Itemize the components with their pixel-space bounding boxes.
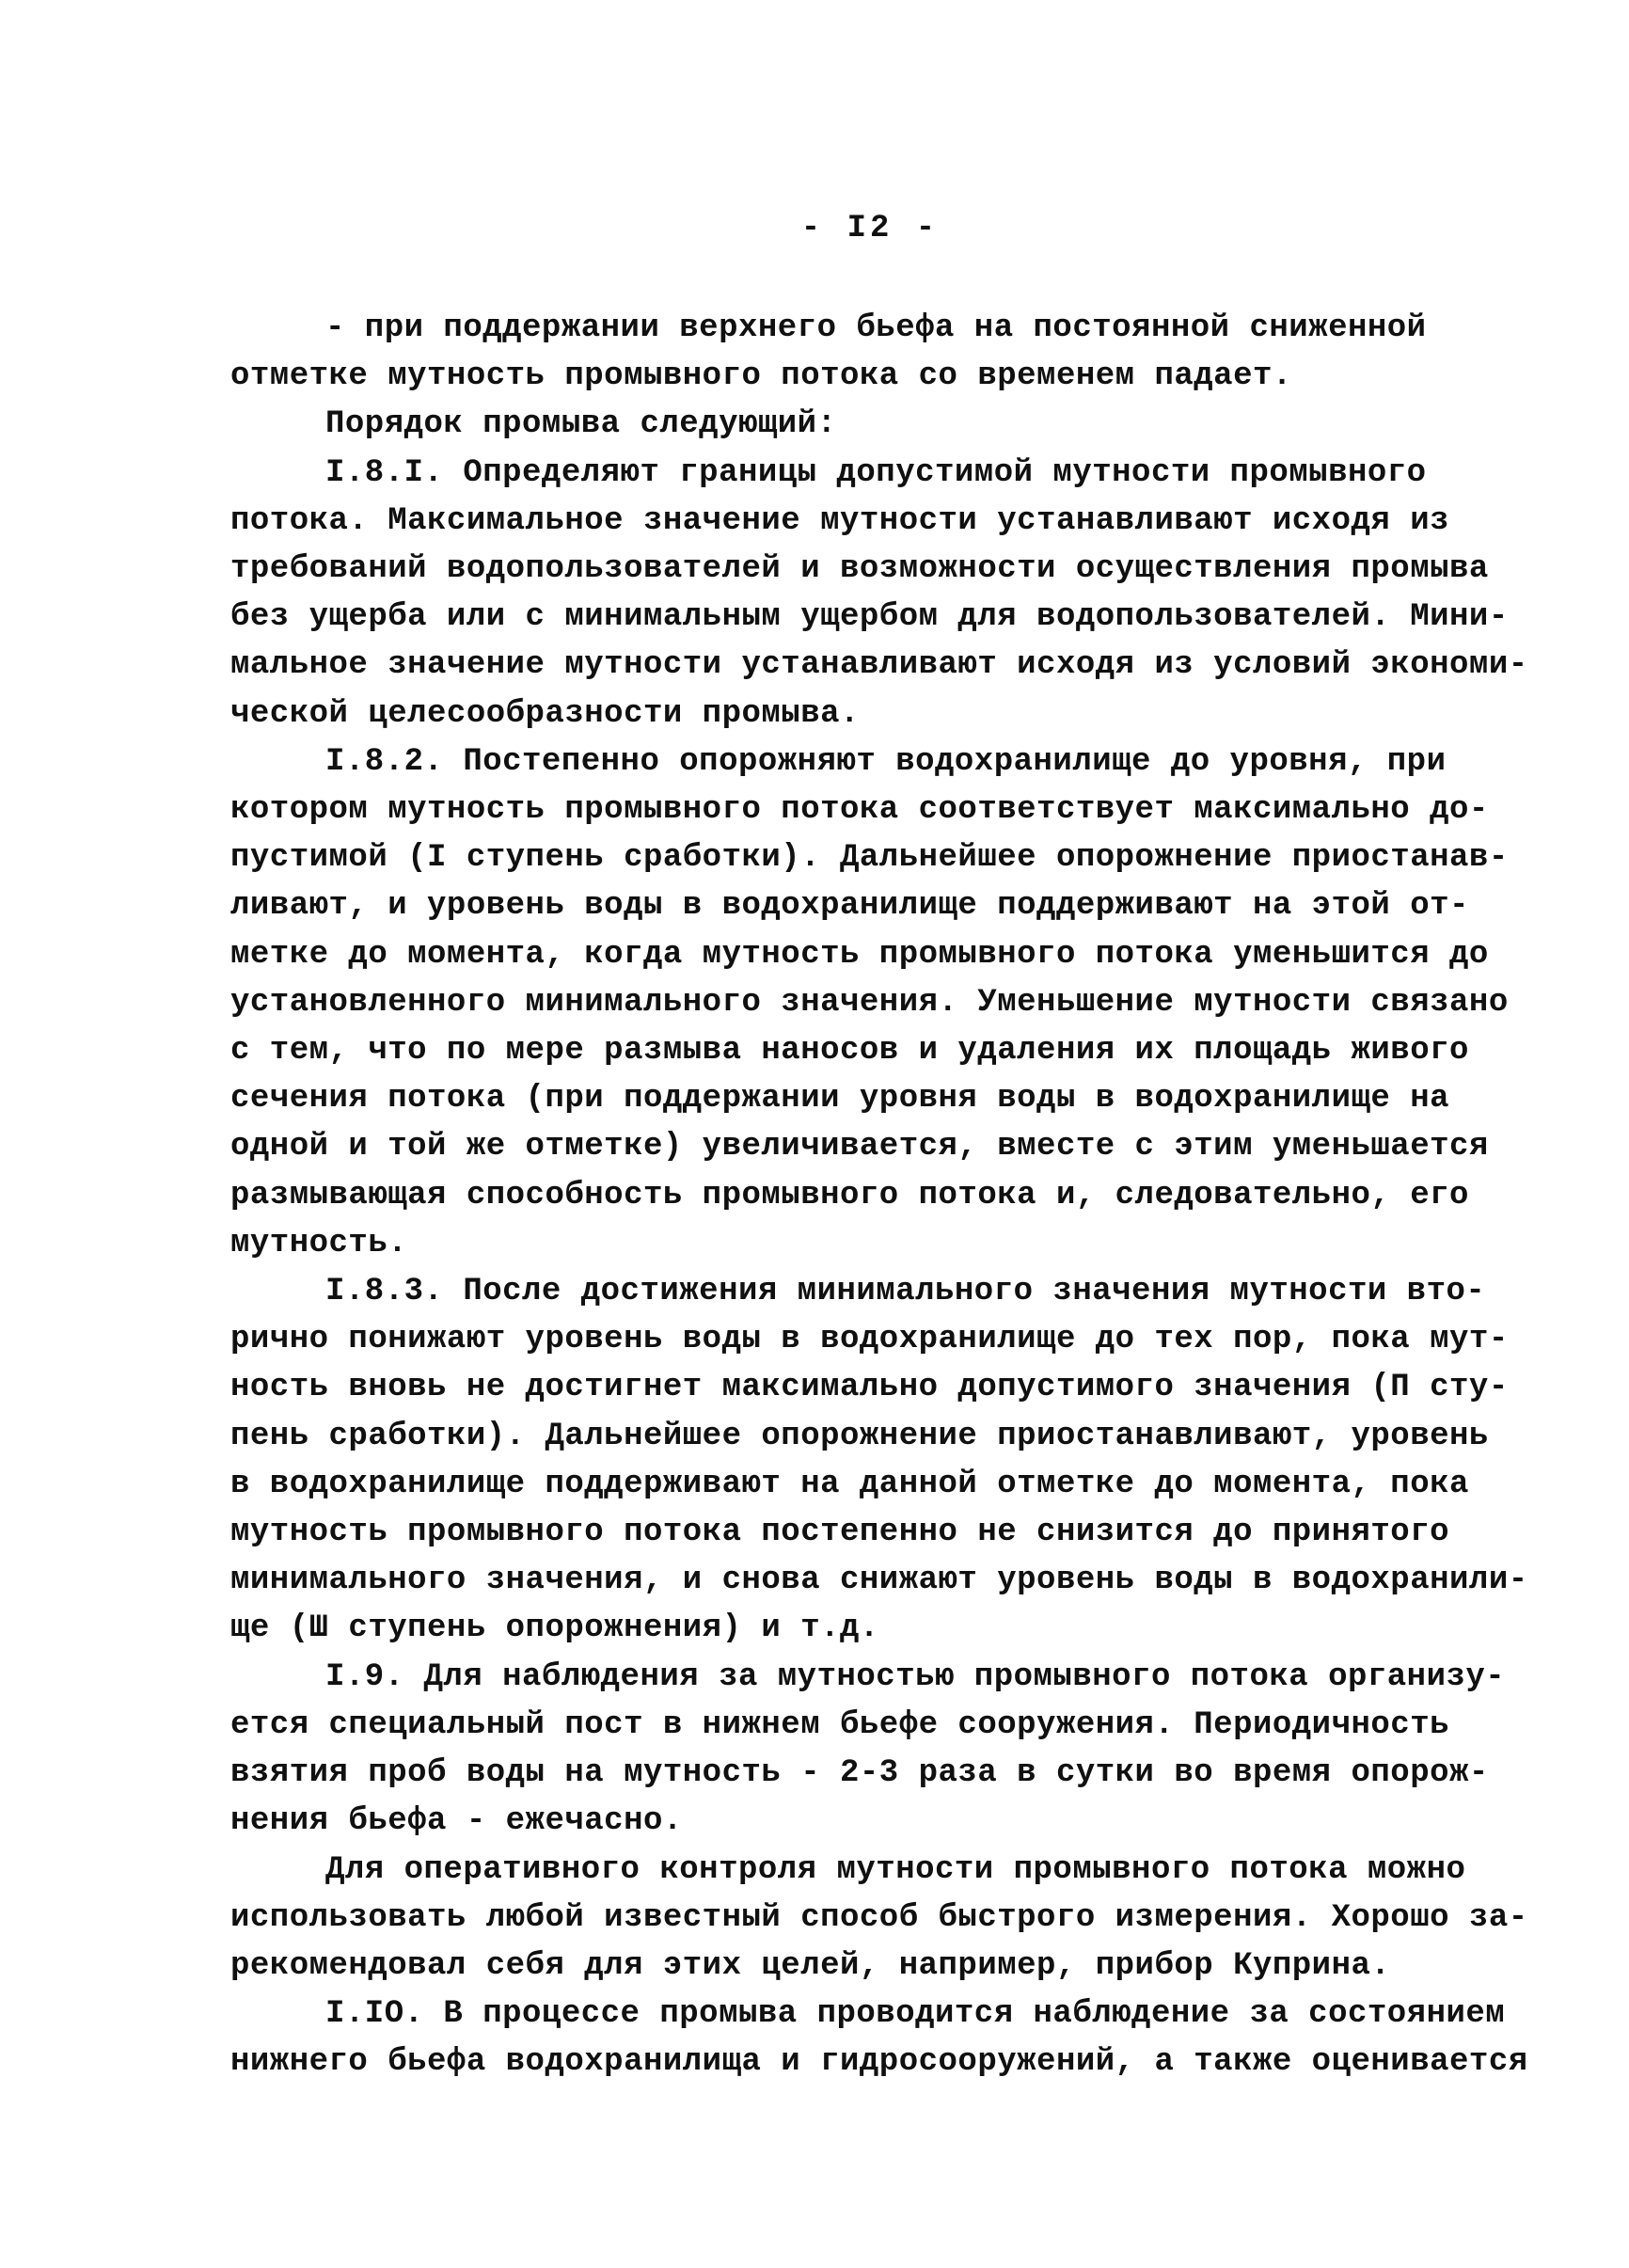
text-line: установленного минимального значения. Ум… (230, 979, 1519, 1027)
text-line: Для оперативного контроля мутности промы… (230, 1847, 1519, 1895)
text-line: котором мутность промывного потока соотв… (230, 786, 1519, 834)
paragraph: I.8.I. Определяют границы допустимой мут… (230, 450, 1519, 738)
text-line: - при поддержании верхнего бьефа на пост… (230, 305, 1519, 353)
text-line: I.8.I. Определяют границы допустимой мут… (230, 450, 1519, 498)
text-line: ще (Ш ступень опорожнения) и т.д. (230, 1605, 1519, 1653)
text-line: требований водопользователей и возможнос… (230, 546, 1519, 594)
text-line: I.8.3. После достижения минимального зна… (230, 1268, 1519, 1316)
page-number: - I2 - (230, 211, 1510, 246)
paragraph: - при поддержании верхнего бьефа на пост… (230, 305, 1519, 401)
text-line: одной и той же отметке) увеличивается, в… (230, 1123, 1519, 1171)
text-line: I.IO. В процессе промыва проводится набл… (230, 1990, 1519, 2038)
paragraph: I.8.2. Постепенно опорожняют водохранили… (230, 738, 1519, 1268)
text-line: метке до момента, когда мутность промывн… (230, 931, 1519, 979)
paragraph: I.IO. В процессе промыва проводится набл… (230, 1990, 1519, 2086)
text-line: пустимой (I ступень сработки). Дальнейше… (230, 834, 1519, 882)
text-line: нения бьефа - ежечасно. (230, 1798, 1519, 1846)
text-line: ливают, и уровень воды в водохранилище п… (230, 882, 1519, 930)
paragraph: Для оперативного контроля мутности промы… (230, 1847, 1519, 1991)
text-line: пень сработки). Дальнейшее опорожнение п… (230, 1413, 1519, 1461)
text-line: I.8.2. Постепенно опорожняют водохранили… (230, 738, 1519, 786)
text-line: нижнего бьефа водохранилища и гидросоору… (230, 2038, 1519, 2086)
text-line: минимального значения, и снова снижают у… (230, 1557, 1519, 1605)
text-line: без ущерба или с минимальным ущербом для… (230, 594, 1519, 642)
text-line: использовать любой известный способ быст… (230, 1895, 1519, 1943)
text-line: рично понижают уровень воды в водохранил… (230, 1316, 1519, 1364)
text-line: мутность. (230, 1220, 1519, 1268)
text-line: Порядок промыва следующий: (230, 401, 1519, 449)
text-line: потока. Максимальное значение мутности у… (230, 498, 1519, 546)
text-line: мальное значение мутности устанавливают … (230, 642, 1519, 690)
paragraph: Порядок промыва следующий: (230, 401, 1519, 449)
text-line: I.9. Для наблюдения за мутностью промывн… (230, 1654, 1519, 1702)
paragraph: I.9. Для наблюдения за мутностью промывн… (230, 1654, 1519, 1847)
text-line: мутность промывного потока постепенно не… (230, 1509, 1519, 1557)
text-line: ность вновь не достигнет максимально доп… (230, 1364, 1519, 1412)
text-line: ческой целесообразности промыва. (230, 690, 1519, 738)
text-line: взятия проб воды на мутность - 2-3 раза … (230, 1750, 1519, 1798)
document-body: - при поддержании верхнего бьефа на пост… (230, 305, 1519, 2087)
paragraph: I.8.3. После достижения минимального зна… (230, 1268, 1519, 1654)
text-line: размывающая способность промывного поток… (230, 1172, 1519, 1220)
text-line: ется специальный пост в нижнем бьефе соо… (230, 1702, 1519, 1750)
text-line: отметке мутность промывного потока со вр… (230, 353, 1519, 401)
text-line: с тем, что по мере размыва наносов и уда… (230, 1027, 1519, 1075)
text-line: рекомендовал себя для этих целей, наприм… (230, 1943, 1519, 1990)
text-line: сечения потока (при поддержании уровня в… (230, 1075, 1519, 1123)
text-line: в водохранилище поддерживают на данной о… (230, 1461, 1519, 1509)
document-page: - I2 - - при поддержании верхнего бьефа … (0, 0, 1629, 2268)
